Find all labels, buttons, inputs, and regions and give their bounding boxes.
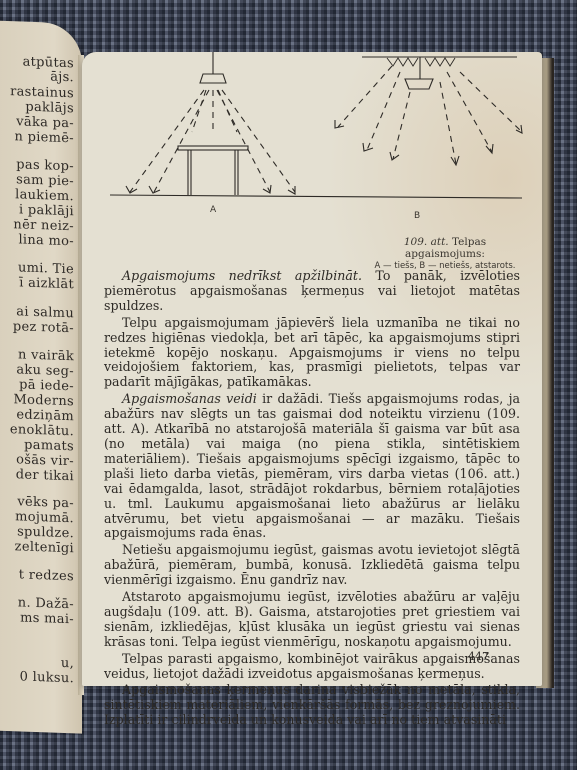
left-page-text-fragment: rastainus [10, 84, 74, 101]
arrow-icon [149, 186, 160, 193]
arrow-icon [335, 120, 344, 128]
paragraph-1: Apgaismojums nedrīkst apžilbināt. To pan… [104, 269, 520, 314]
floor-line [110, 195, 522, 198]
left-page-text-fragment: 0 luksu. [20, 669, 74, 686]
left-page-text-fragment: ī aizklāt [19, 275, 74, 292]
body-text: Apgaismojums nedrīkst apžilbināt. To pan… [104, 269, 520, 730]
figure-109-lighting-diagram: A B [92, 52, 532, 222]
arrow-icon [390, 152, 399, 160]
label-a: A [210, 205, 217, 215]
paragraph-7: Apgaismošanas ķermeņus darina visbiežāk … [104, 683, 520, 728]
left-page-text-fragment: enoklātu. [10, 422, 74, 439]
paragraph-2: Telpu apgaismojumam jāpievērš liela uzma… [104, 316, 520, 391]
paragraph-5: Atstaroto apgaismojumu iegūst, izvēlotie… [104, 590, 520, 650]
figure-caption: 109. att. Telpas apgaismojums: A — tiešs… [360, 236, 530, 272]
left-page-text-fragment: ājs. [50, 69, 74, 85]
arrow-icon [263, 185, 271, 193]
left-page-text-fragment: paklājs [25, 100, 74, 117]
lamp-a-shade-icon [200, 74, 226, 83]
left-page-text-fragment: t redzes [19, 567, 74, 584]
left-page-text-fragment: u, [61, 656, 74, 671]
caption-number: 109. att. [404, 236, 449, 248]
left-page: atpūtasājs.rastainuspaklājsvāka pa-n pie… [0, 20, 82, 733]
table-top [178, 146, 248, 150]
right-page: A B 109. att. Telpas apgaismojums: A — t… [82, 52, 542, 686]
paragraph-6: Telpas parasti apgaismo, kombinējot vair… [104, 652, 520, 682]
caption-title-2: apgaismojums: [360, 248, 530, 260]
page-number: 447 [468, 650, 489, 663]
label-b: B [414, 211, 420, 221]
lighting-diagram-svg: A B [92, 52, 532, 222]
paragraph-4: Netiešu apgaismojumu iegūst, gaismas avo… [104, 543, 520, 588]
arrow-icon [486, 144, 493, 153]
paragraph-3: Apgaismošanas veidi ir dažādi. Tiešs apg… [104, 392, 520, 541]
left-page-text-fragment: n piemē- [15, 129, 75, 146]
left-page-text-fragment: zeltenīgi [15, 539, 74, 556]
caption-title-1: Telpas [452, 236, 486, 248]
left-page-text-fragment: atpūtas [23, 55, 74, 72]
left-page-text-fragment: lina mo- [18, 232, 74, 249]
left-page-text-fragment: pamats [24, 438, 74, 455]
left-page-text-fragment: der tikai [16, 467, 74, 484]
lamp-b-shade-icon [405, 79, 433, 89]
left-page-text-fragment: pez rotā- [13, 319, 74, 336]
left-page-text-fragment: ms mai- [20, 610, 74, 627]
